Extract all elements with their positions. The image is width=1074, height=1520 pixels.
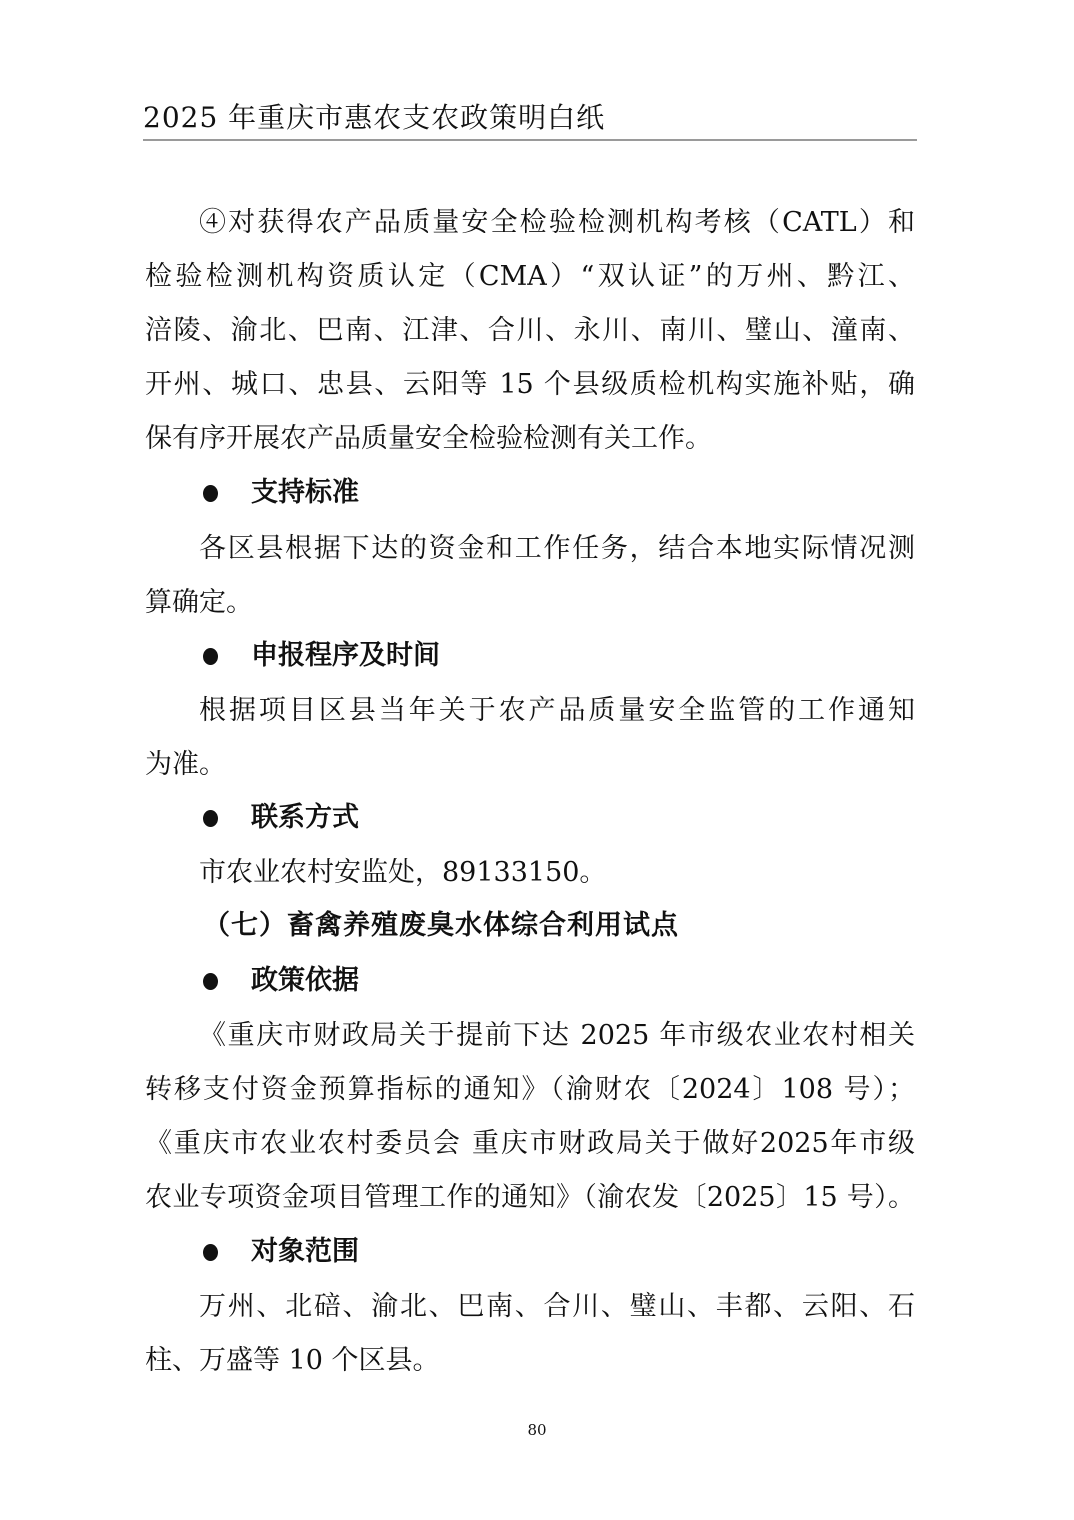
paragraph-line: ④对获得农产品质量安全检验检测机构考核（CATL）和 [199,203,915,243]
bullet-heading: 支持标准 [203,473,359,513]
bullet-icon [203,973,218,990]
bullet-icon [203,485,218,502]
paragraph-line: 开州、城口、忠县、云阳等 15 个县级质检机构实施补贴，确 [145,365,915,405]
paragraph-line: 《重庆市农业农村委员会 重庆市财政局关于做好2025年市级 [145,1124,915,1164]
bullet-heading: 对象范围 [203,1232,359,1272]
heading-text: 对象范围 [251,1232,359,1272]
header-divider [143,139,917,141]
bullet-heading: 申报程序及时间 [203,636,440,676]
paragraph-line: 转移支付资金预算指标的通知》（渝财农〔2024〕108 号）； [145,1070,915,1110]
contact-text: 市农业农村安监处，89133150。 [199,853,915,893]
heading-text: 政策依据 [251,961,359,1001]
paragraph-line: 农业专项资金项目管理工作的通知》（渝农发〔2025〕15 号）。 [145,1178,915,1218]
page-number: 80 [0,1420,1074,1440]
paragraph-line: 涪陵、渝北、巴南、江津、合川、永川、南川、璧山、潼南、 [145,311,915,351]
paragraph-line: 根据项目区县当年关于农产品质量安全监管的工作通知 [199,691,915,731]
paragraph-line: 《重庆市财政局关于提前下达 2025 年市级农业农村相关 [199,1016,915,1056]
bullet-icon [203,810,218,827]
heading-text: 联系方式 [251,798,359,838]
heading-text: 支持标准 [251,473,359,513]
document-title: 2025 年重庆市惠农支农政策明白纸 [143,98,605,138]
section-title: （七）畜禽养殖废臭水体综合利用试点 [203,906,679,946]
heading-text: 申报程序及时间 [251,636,440,676]
bullet-heading: 联系方式 [203,798,359,838]
paragraph-line: 检验检测机构资质认定（CMA）“双认证”的万州、黔江、 [145,257,915,297]
paragraph-line: 算确定。 [145,583,915,623]
bullet-icon [203,1244,218,1261]
paragraph-line: 柱、万盛等 10 个区县。 [145,1341,915,1381]
paragraph-line: 万州、北碚、渝北、巴南、合川、璧山、丰都、云阳、石 [199,1287,915,1327]
bullet-heading: 政策依据 [203,961,359,1001]
paragraph-line: 为准。 [145,745,915,785]
bullet-icon [203,648,218,665]
paragraph-line: 各区县根据下达的资金和工作任务，结合本地实际情况测 [199,529,915,569]
paragraph-line: 保有序开展农产品质量安全检验检测有关工作。 [145,419,915,459]
